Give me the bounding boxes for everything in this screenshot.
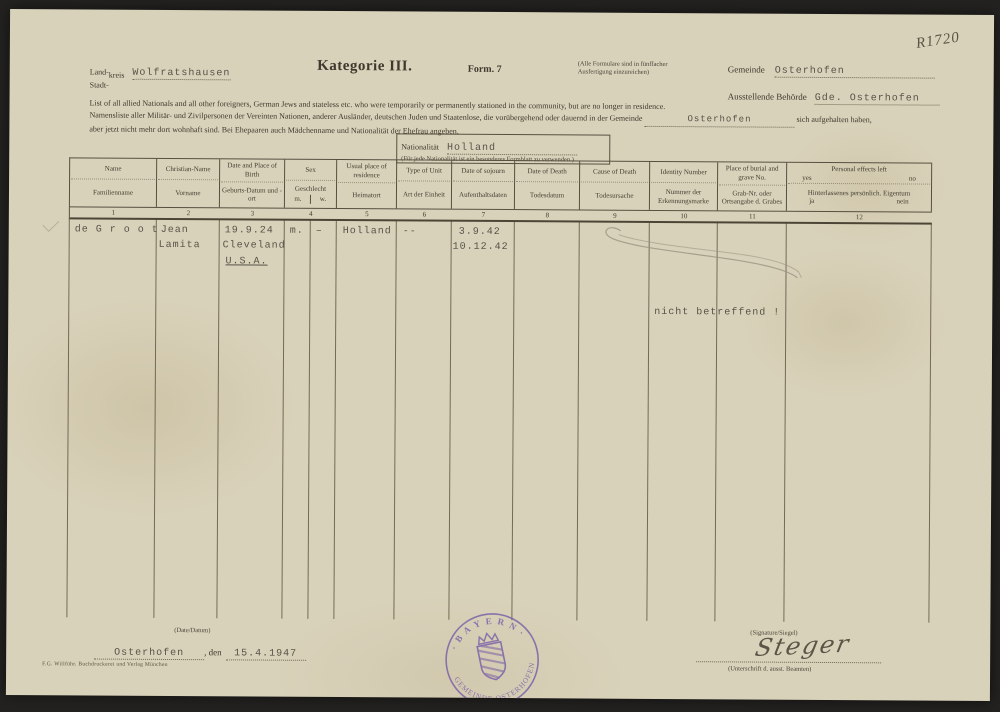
form-number: Form. 7 <box>468 64 502 75</box>
date-caption: (Date/Datum) <box>174 627 210 634</box>
cell-birth-country: U.S.A. <box>226 256 268 267</box>
gemeinde-value: Osterhofen <box>775 66 935 79</box>
cell-first-name-1: Jean <box>161 225 189 236</box>
handwritten-corner-mark: R1720 <box>915 29 961 52</box>
official-stamp: · B A Y E R N · GEMEINDE OSTERHOFEN <box>442 610 543 701</box>
stamp-shield <box>477 642 508 682</box>
signature: Steger <box>753 630 853 662</box>
sex-m-subheader: m. <box>286 195 311 204</box>
district-value: Wolfratshausen <box>132 68 230 81</box>
col-header-christian-name: Christian-NameVorname <box>157 159 220 207</box>
cell-sex-w: – <box>316 226 323 237</box>
authority-block: Gemeinde Osterhofen Ausstellende Behörde… <box>728 59 978 106</box>
pencil-squiggle <box>548 218 808 290</box>
stamp-bottom-text: GEMEINDE OSTERHOFEN <box>452 659 543 701</box>
stadt-label: Stadt- <box>90 80 330 90</box>
land-label: Land- <box>90 67 109 76</box>
footer-date: 15.4.1947 <box>226 648 306 660</box>
col-header-death-date: Date of DeathTodesdatum <box>515 161 580 209</box>
col-header-death-cause: Cause of DeathTodesursache <box>580 161 650 209</box>
copies-note: (Alle Formulare sind in fünffacher Ausfe… <box>578 60 728 78</box>
copies-note-line2: Ausfertigung einzureichen) <box>578 69 728 78</box>
effects-nein-subheader: nein <box>897 198 909 207</box>
signature-caption-bottom: (Unterschrift d. ausst. Beamten) <box>728 665 811 673</box>
svg-text:GEMEINDE OSTERHOFEN: GEMEINDE OSTERHOFEN <box>452 659 543 701</box>
district-field: Land-kreis Wolfratshausen Stadt- <box>90 61 330 90</box>
col-header-effects: Personal effects left yes no Hinterlasse… <box>787 163 932 212</box>
cell-unit: -- <box>403 226 417 237</box>
intro-line2-pre: Namensliste aller Militär- und Zivilpers… <box>89 110 642 122</box>
cell-birth-place: Cleveland <box>223 240 286 251</box>
cell-residence: Holland <box>343 226 392 237</box>
col-header-unit: Type of UnitArt der Einheit <box>397 160 452 208</box>
cell-sex-m: m. <box>290 226 304 237</box>
signature-line: Steger <box>696 635 881 663</box>
intro-line2-post: sich aufgehalten haben, <box>796 114 871 123</box>
col-header-sex: Sex Geschlecht m. w. <box>285 160 337 208</box>
intro-gemeinde-value: Osterhofen <box>644 112 794 127</box>
nationality-label: Nationalität <box>401 142 439 151</box>
col-header-burial: Place of burial and grave No.Grab-Nr. od… <box>718 162 787 210</box>
cell-first-name-2: Lamita <box>159 240 201 251</box>
behoerde-label: Ausstellende Behörde <box>728 91 807 101</box>
col-header-name: NameFamilienname <box>70 158 157 207</box>
footer-place: Osterhofen <box>94 648 204 661</box>
col-header-residence: Usual place of residenceHeimatort <box>337 160 397 208</box>
effects-no-subheader: no <box>909 174 916 183</box>
col-header-birth: Date and Place of BirthGeburts-Datum und… <box>220 159 285 207</box>
cell-sojourn-to: 10.12.42 <box>453 242 509 253</box>
gemeinde-label: Gemeinde <box>728 64 765 74</box>
scanned-form-page: R1720 Land-kreis Wolfratshausen Stadt- K… <box>6 9 994 701</box>
printer-imprint: F.G. Willführ. Buchdruckerei und Verlag … <box>42 661 168 668</box>
cell-family-name: de G r o o t <box>75 224 159 236</box>
persons-table: NameFamilienname Christian-NameVorname D… <box>66 157 931 622</box>
sex-w-subheader: w. <box>311 195 335 204</box>
effects-yes-subheader: yes <box>802 174 811 183</box>
nationality-value: Holland <box>447 143 577 156</box>
footer-den: , den <box>204 647 222 657</box>
cell-birth-date: 19.9.24 <box>225 225 274 236</box>
table-header: NameFamilienname Christian-NameVorname D… <box>69 157 932 224</box>
pencil-tick <box>41 219 61 235</box>
date-line: Osterhofen, den 15.4.1947 <box>94 642 306 661</box>
kreis-label: kreis <box>109 71 125 80</box>
cell-sojourn-from: 3.9.42 <box>459 227 501 238</box>
form-title: Kategorie III. <box>300 58 430 76</box>
cell-remark: nicht betreffend ! <box>654 307 780 319</box>
effects-ja-subheader: ja <box>809 197 814 206</box>
col-header-identity: Identity NumberNummer der Erkennungsmark… <box>650 162 718 210</box>
col-header-sojourn: Date of sojournAufenthaltsdaten <box>452 161 515 209</box>
